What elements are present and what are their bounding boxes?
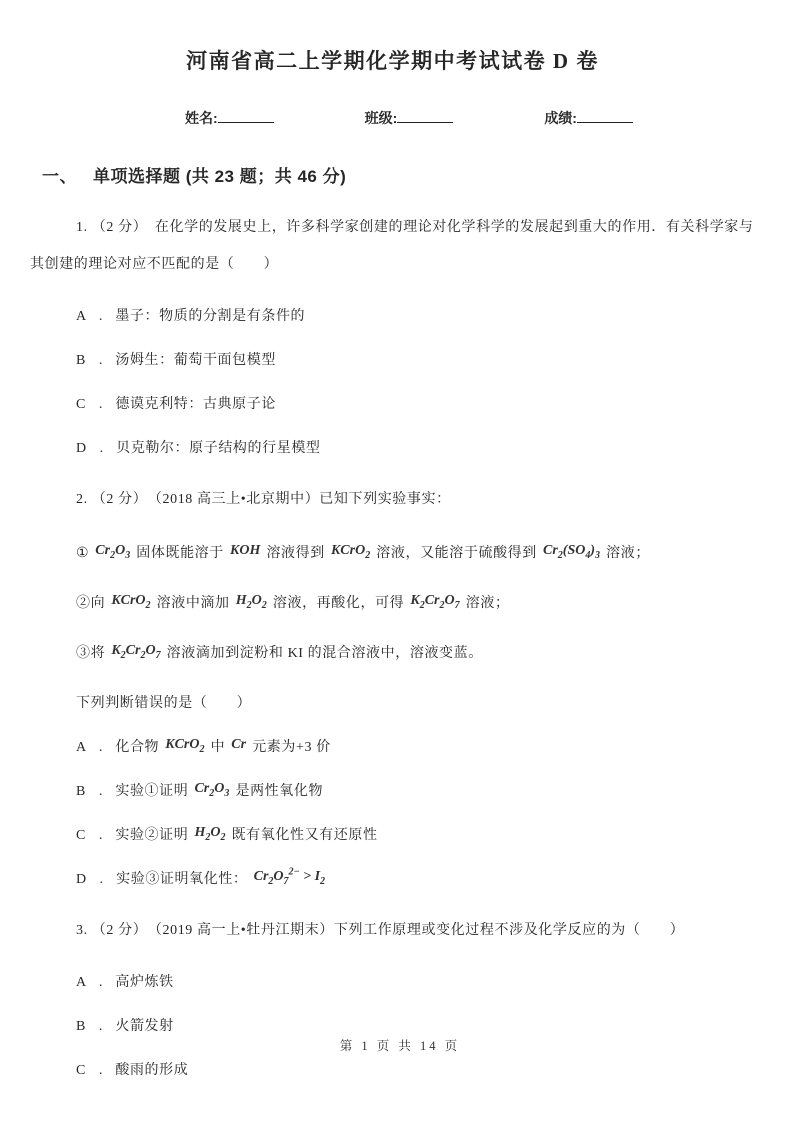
text-run: 溶液滴加到淀粉和 KI 的混合溶液中，溶液变蓝。 — [163, 646, 483, 661]
option-row: C .德谟克利特：古典原子论 — [30, 395, 755, 415]
option-label: B . — [76, 784, 107, 799]
option-label: A . — [76, 740, 107, 755]
text-run: 高炉炼铁 — [115, 975, 173, 990]
option-label: C . — [76, 828, 107, 843]
chem-formula: KOH — [228, 543, 262, 558]
text-run: 溶液得到 — [262, 546, 329, 561]
option-label: D . — [76, 872, 108, 887]
text-run: 汤姆生：葡萄干面包模型 — [115, 353, 276, 368]
text-run: 3. （2 分） （2019 高一上•牡丹江期末）下列工作原理或变化过程不涉及化… — [76, 923, 684, 938]
text-run: 酸雨的形成 — [115, 1063, 188, 1078]
text-run: 墨子：物质的分割是有条件的 — [115, 309, 305, 324]
chem-formula: KCrO2 — [329, 543, 372, 558]
option-label: D . — [76, 441, 108, 456]
chem-formula: Cr2O72− > I2 — [252, 869, 327, 884]
score-field: 成绩: — [544, 108, 633, 128]
text-run: 化合物 — [115, 740, 163, 755]
text-run: 溶液； — [462, 596, 510, 611]
experiment-fact-line: ③将 K2Cr2O7 溶液滴加到淀粉和 KI 的混合溶液中，溶液变蓝。 — [30, 640, 755, 668]
text-run: 2. （2 分） （2018 高三上•北京期中）已知下列实验事实： — [76, 492, 451, 507]
text-run: 溶液，再酸化，可得 — [269, 596, 409, 611]
text-run: 是两性氧化物 — [231, 784, 323, 799]
option-row: B .火箭发射 — [30, 1017, 755, 1037]
text-run: 溶液，又能溶于硫酸得到 — [372, 546, 541, 561]
option-row: B .汤姆生：葡萄干面包模型 — [30, 351, 755, 371]
text-run: 溶液中滴加 — [153, 596, 234, 611]
text-run: 1. （2 分） 在化学的发展史上，许多科学家创建的理论对化学科学的发展起到重大… — [30, 220, 754, 272]
option-row: A .化合物 KCrO2 中 Cr 元素为+3 价 — [30, 738, 755, 758]
chem-formula: Cr — [229, 737, 248, 752]
chem-formula: H2O2 — [234, 593, 269, 608]
page-title: 河南省高二上学期化学期中考试试卷 D 卷 — [30, 46, 755, 76]
option-label: A . — [76, 975, 107, 990]
text-run: 贝克勒尔：原子结构的行星模型 — [116, 441, 320, 456]
chem-formula: K2Cr2O7 — [109, 643, 162, 658]
question-2: 2. （2 分） （2018 高三上•北京期中）已知下列实验事实：① Cr2O3… — [30, 481, 755, 890]
text-run: 元素为+3 价 — [248, 740, 331, 755]
chem-formula: H2O2 — [192, 825, 227, 840]
chem-formula: KCrO2 — [109, 593, 152, 608]
student-info-row: 姓名: 班级: 成绩: — [185, 108, 633, 128]
question-stem: 1. （2 分） 在化学的发展史上，许多科学家创建的理论对化学科学的发展起到重大… — [30, 209, 755, 283]
chem-formula: KCrO2 — [163, 737, 206, 752]
exam-paper-page: 河南省高二上学期化学期中考试试卷 D 卷 姓名: 班级: 成绩: 一、单项选择题… — [0, 0, 800, 1132]
page-number-footer: 第 1 页 共 14 页 — [0, 1036, 800, 1054]
text-run: 实验②证明 — [115, 828, 192, 843]
option-row: C .实验②证明 H2O2 既有氧化性又有还原性 — [30, 826, 755, 846]
option-label: C . — [76, 1063, 107, 1078]
text-run: 实验③证明氧化性： — [116, 872, 252, 887]
class-blank-line — [397, 110, 453, 123]
question-stem: 3. （2 分） （2019 高一上•牡丹江期末）下列工作原理或变化过程不涉及化… — [30, 912, 755, 949]
experiment-fact-line: ① Cr2O3 固体既能溶于 KOH 溶液得到 KCrO2 溶液，又能溶于硫酸得… — [30, 540, 755, 568]
name-field: 姓名: — [185, 108, 274, 128]
text-run: 既有氧化性又有还原性 — [227, 828, 377, 843]
chem-formula: Cr2O3 — [93, 543, 132, 558]
question-3: 3. （2 分） （2019 高一上•牡丹江期末）下列工作原理或变化过程不涉及化… — [30, 912, 755, 1081]
question-prompt: 下列判断错误的是（ ） — [30, 694, 755, 714]
option-label: B . — [76, 1019, 107, 1034]
text-run: ① — [76, 546, 93, 561]
section-title: 单项选择题 (共 23 题；共 46 分) — [93, 167, 346, 186]
text-run: ③将 — [76, 646, 109, 661]
text-run: 固体既能溶于 — [132, 546, 228, 561]
option-label: C . — [76, 397, 107, 412]
text-run: 溶液； — [602, 546, 650, 561]
section-index: 一、 — [42, 167, 77, 186]
section-heading: 一、单项选择题 (共 23 题；共 46 分) — [42, 162, 755, 187]
text-run: 火箭发射 — [115, 1019, 173, 1034]
option-row: A .高炉炼铁 — [30, 973, 755, 993]
option-label: B . — [76, 353, 107, 368]
option-label: A . — [76, 309, 107, 324]
class-field: 班级: — [365, 108, 454, 128]
score-blank-line — [577, 110, 633, 123]
chem-formula: Cr2(SO4)3 — [541, 543, 602, 558]
option-row: D .贝克勒尔：原子结构的行星模型 — [30, 439, 755, 459]
name-blank-line — [218, 110, 274, 123]
experiment-fact-line: ②向 KCrO2 溶液中滴加 H2O2 溶液，再酸化，可得 K2Cr2O7 溶液… — [30, 590, 755, 618]
question-list: 1. （2 分） 在化学的发展史上，许多科学家创建的理论对化学科学的发展起到重大… — [30, 209, 755, 1081]
text-run: 中 — [206, 740, 229, 755]
name-label: 姓名: — [185, 110, 218, 126]
option-row: C .酸雨的形成 — [30, 1061, 755, 1081]
text-run: ②向 — [76, 596, 109, 611]
question-1: 1. （2 分） 在化学的发展史上，许多科学家创建的理论对化学科学的发展起到重大… — [30, 209, 755, 459]
text-run: 实验①证明 — [115, 784, 192, 799]
option-row: D .实验③证明氧化性： Cr2O72− > I2 — [30, 870, 755, 890]
text-run: 德谟克利特：古典原子论 — [115, 397, 276, 412]
question-stem: 2. （2 分） （2018 高三上•北京期中）已知下列实验事实： — [30, 481, 755, 518]
option-row: B .实验①证明 Cr2O3 是两性氧化物 — [30, 782, 755, 802]
text-run: 下列判断错误的是（ ） — [76, 696, 251, 711]
option-row: A .墨子：物质的分割是有条件的 — [30, 307, 755, 327]
class-label: 班级: — [365, 110, 398, 126]
score-label: 成绩: — [544, 110, 577, 126]
chem-formula: Cr2O3 — [192, 781, 231, 796]
chem-formula: K2Cr2O7 — [408, 593, 461, 608]
